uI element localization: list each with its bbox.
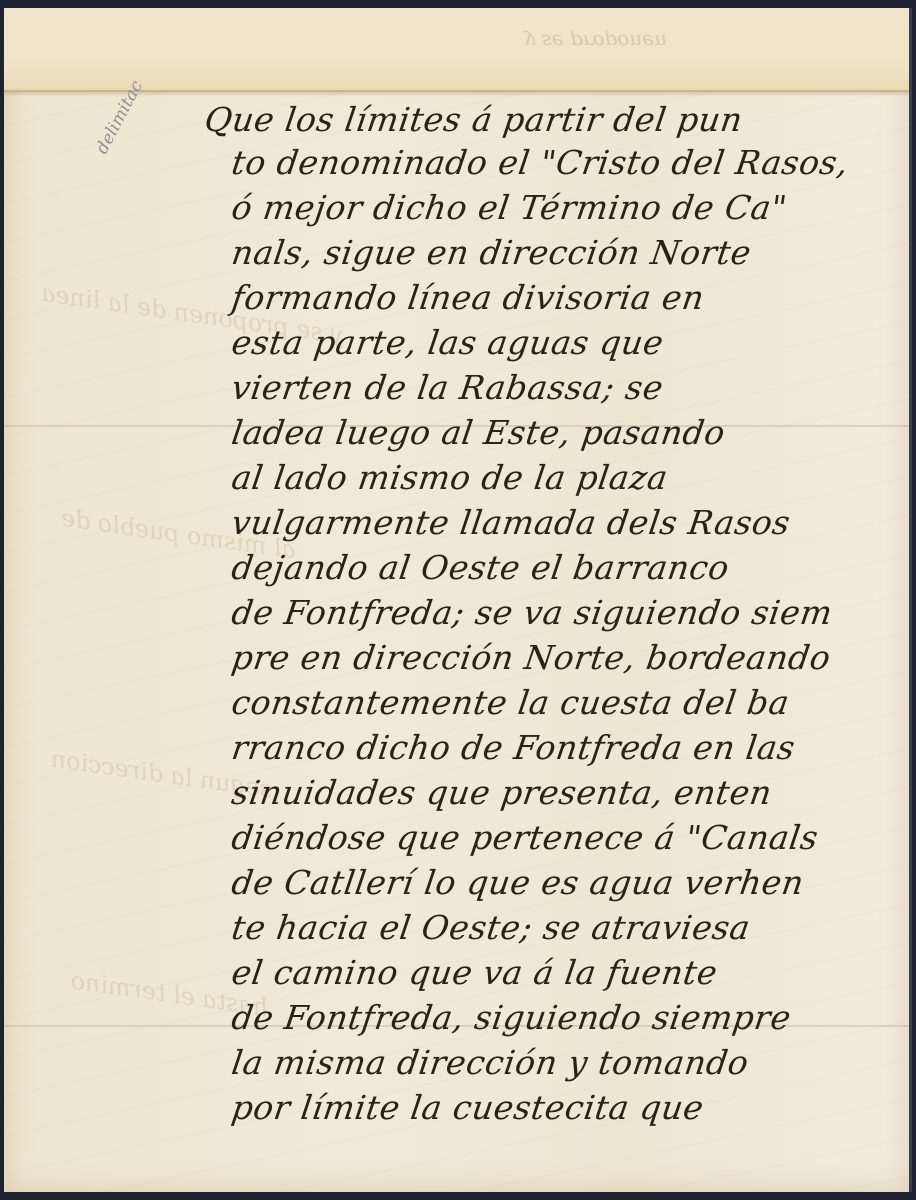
text-line: vierten de la Rabassa; se	[229, 368, 666, 407]
text-line: formando línea divisoria en	[229, 278, 707, 317]
text-line: de Catllerí lo que es agua verhen	[229, 863, 806, 902]
text-line: Que los límites á partir del pun	[202, 100, 745, 139]
text-line: te hacia el Oeste; se atraviesa	[229, 908, 753, 947]
text-line: sinuidades que presenta, enten	[229, 773, 774, 812]
text-line: diéndose que pertenece á "Canals	[229, 818, 820, 857]
text-line: esta parte, las aguas que	[229, 323, 666, 362]
text-line: el camino que va á la fuente	[229, 953, 720, 992]
handwritten-text: Que los límites á partir del pun to deno…	[0, 0, 916, 1200]
text-line: dejando al Oeste el barranco	[229, 548, 731, 587]
text-line: rranco dicho de Fontfreda en las	[229, 728, 797, 767]
text-line: la misma dirección y tomando	[229, 1043, 751, 1082]
text-line: constantemente la cuesta del ba	[229, 683, 792, 722]
text-line: ó mejor dicho el Término de Ca"	[229, 188, 789, 227]
text-line: al lado mismo de la plaza	[229, 458, 670, 497]
text-line: to denominado el "Cristo del Rasos,	[229, 143, 851, 182]
text-line: nals, sigue en dirección Norte	[229, 233, 753, 272]
text-line: por límite la cuestecita que	[229, 1088, 706, 1127]
text-line: de Fontfreda; se va siguiendo siem	[229, 593, 835, 632]
text-line: vulgarmente llamada dels Rasos	[229, 503, 793, 542]
text-line: ladea luego al Este, pasando	[229, 413, 728, 452]
text-line: pre en dirección Norte, bordeando	[229, 638, 833, 677]
text-line: de Fontfreda, siguiendo siempre	[229, 998, 793, 1037]
